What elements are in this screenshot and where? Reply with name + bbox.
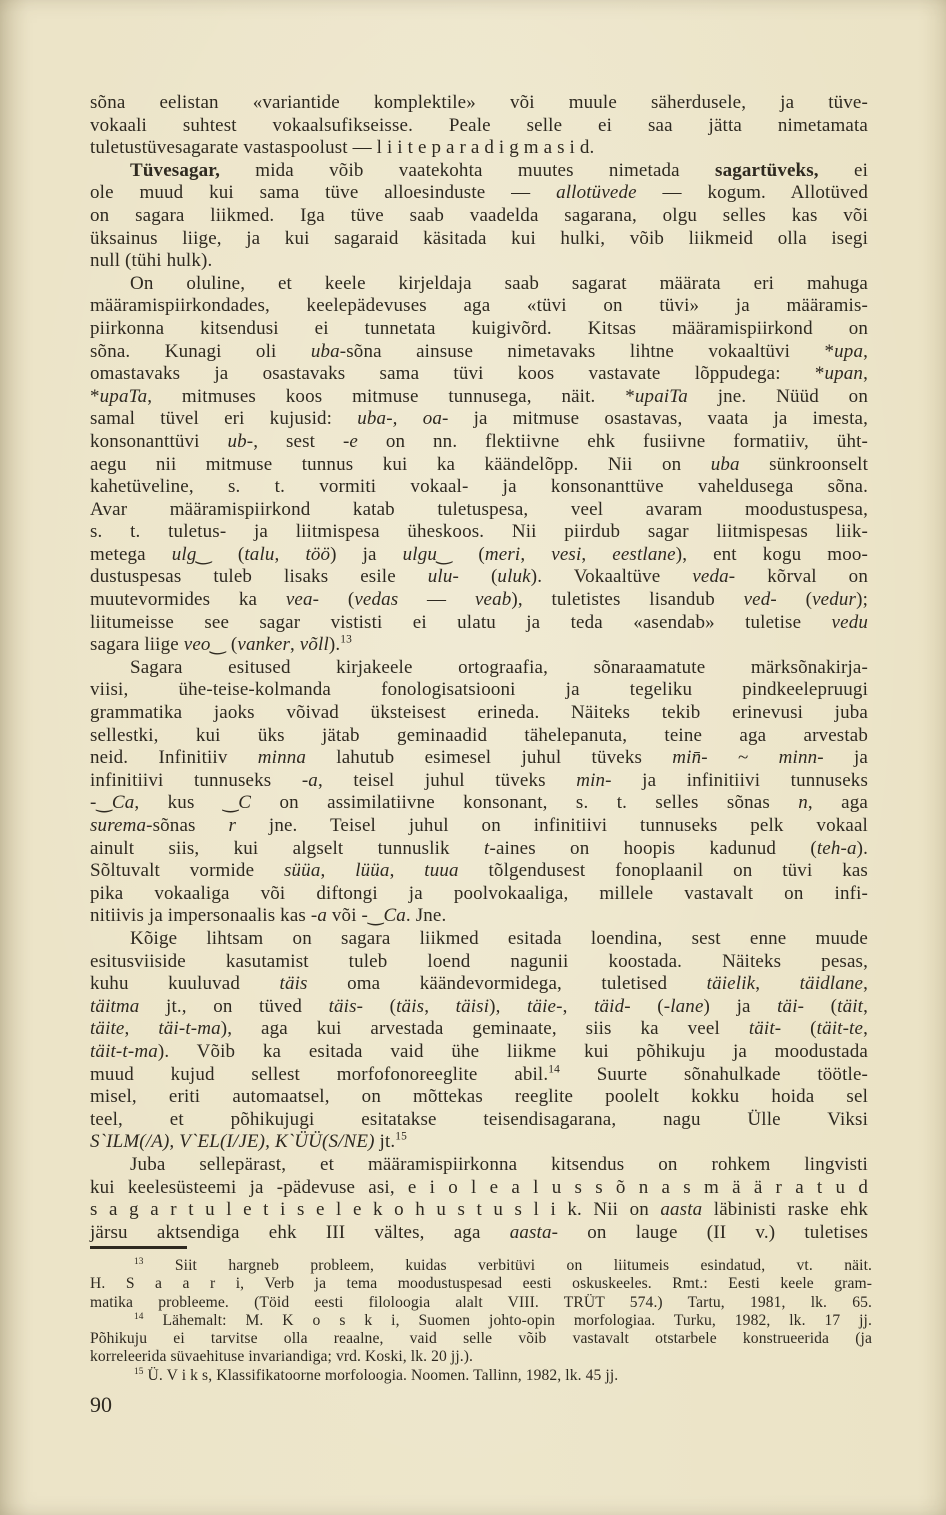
- text-line: s. t. tuletus- ja liitmispesa üheskoos. …: [90, 521, 868, 544]
- footnote-line: 13 Siit hargneb probleem, kuidas verbitü…: [90, 1257, 872, 1275]
- text-line: kuhu kuuluvad täis oma käändevormidega, …: [90, 973, 868, 996]
- footnote-line: 14 Lähemalt: M. K o s k i, Suomen johto-…: [90, 1312, 872, 1330]
- text-line: infinitiivi tunnuseks -a, teisel juhul t…: [90, 770, 868, 793]
- footnote-line: H. S a a r i, Verb ja tema moodustuspesa…: [90, 1275, 872, 1293]
- text-line: Kõige lihtsam on sagara liikmed esitada …: [90, 928, 868, 951]
- page-number: 90: [90, 1392, 112, 1418]
- text-line: täite, täi-t-ma), aga kui arvestada gemi…: [90, 1018, 868, 1041]
- text-line: omastavaks ja osastavaks sama tüvi koos …: [90, 363, 868, 386]
- text-line: *upaTa, mitmuses koos mitmuse tunnusega,…: [90, 386, 868, 409]
- text-line: teel, et põhikujugi esitatakse teisendis…: [90, 1109, 868, 1132]
- text-line: nitiivis ja impersonaalis kas -a või -‿C…: [90, 905, 868, 928]
- text-line: täitma jt., on tüved täis- (täis, täisi)…: [90, 996, 868, 1019]
- text-line: Juba sellepärast, et määramispiirkonna k…: [90, 1154, 868, 1177]
- text-line: liitumeisse see sagar vististi ei ulatu …: [90, 612, 868, 635]
- footnotes: 13 Siit hargneb probleem, kuidas verbitü…: [90, 1257, 872, 1385]
- body-text: sõna eelistan «variantide komplektile» v…: [90, 92, 868, 1244]
- text-line: üksainus liige, ja kui sagaraid käsitada…: [90, 228, 868, 251]
- text-line: muud kujud sellest morfofonoreeglite abi…: [90, 1064, 868, 1087]
- text-line: null (tühi hulk).: [90, 250, 868, 273]
- text-line: täit-t-ma). Võib ka esitada vaid ühe lii…: [90, 1041, 868, 1064]
- footnote-line: Põhikuju ei tarvitse olla reaalne, vaid …: [90, 1330, 872, 1348]
- text-line: esitusviiside kasutamist tuleb loend nag…: [90, 951, 868, 974]
- book-page: sõna eelistan «variantide komplektile» v…: [0, 0, 946, 1515]
- footnote-line: matika probleeme. (Töid eesti filoloogia…: [90, 1294, 872, 1312]
- text-line: neid. Infinitiiv minna lahutub esimesel …: [90, 747, 868, 770]
- text-line: kui keelesüsteemi ja -pädevuse asi, e i …: [90, 1177, 868, 1200]
- footnote-separator: [90, 1246, 187, 1249]
- text-line: muutevormides ka vea- (vedas — veab), tu…: [90, 589, 868, 612]
- text-line: viisi, ühe-teise-kolmanda fonologisatsio…: [90, 679, 868, 702]
- text-line: aegu nii mitmuse tunnus kui ka käändelõp…: [90, 454, 868, 477]
- text-line: misel, eriti automaatsel, on mõttekas re…: [90, 1086, 868, 1109]
- text-line: ainult siis, kui algselt tunnuslik t-ain…: [90, 838, 868, 861]
- text-line: On oluline, et keele kirjeldaja saab sag…: [90, 273, 868, 296]
- text-line: sõna eelistan «variantide komplektile» v…: [90, 92, 868, 115]
- text-line: dustuspesas tuleb lisaks esile ulu- (ulu…: [90, 566, 868, 589]
- text-line: Sõltuvalt vormide süüa, lüüa, tuua tõlge…: [90, 860, 868, 883]
- text-line: s a g a r t u l e t i s e l e k o h u s …: [90, 1199, 868, 1222]
- text-line: tuletustüvesagarate vastaspoolust — l i …: [90, 137, 868, 160]
- text-line: S`ILM(/A), V`EL(I/JE), K`ÜÜ(S/NE) jt.15: [90, 1131, 868, 1154]
- text-line: samal tüvel eri kujusid: uba-, oa- ja mi…: [90, 408, 868, 431]
- text-line: järsu aktsendiga ehk III vältes, aga aas…: [90, 1222, 868, 1245]
- text-line: -‿Ca, kus ‿C on assimilatiivne konsonant…: [90, 792, 868, 815]
- text-line: määramispiirkondades, keelepädevuses aga…: [90, 295, 868, 318]
- text-line: sellestki, kui üks jätab geminaadid tähe…: [90, 725, 868, 748]
- text-line: kahetüveline, s. t. vormiti vokaal- ja k…: [90, 476, 868, 499]
- text-line: surema-sõnas r jne. Teisel juhul on infi…: [90, 815, 868, 838]
- text-line: sagara liige veo‿ (vanker, võll).13: [90, 634, 868, 657]
- text-line: piirkonna kitsendusi ei tunnetata kuigiv…: [90, 318, 868, 341]
- footnote-line: 15 Ü. V i k s, Klassifikatoorne morfoloo…: [90, 1367, 872, 1385]
- text-line: vokaali suhtest vokaalsufikseisse. Peale…: [90, 115, 868, 138]
- text-line: metega ulg‿ (talu, töö) ja ulgu‿ (meri, …: [90, 544, 868, 567]
- text-line: sõna. Kunagi oli uba-sõna ainsuse nimeta…: [90, 341, 868, 364]
- text-line: Tüvesagar, mida võib vaatekohta muutes n…: [90, 160, 868, 183]
- text-line: konsonanttüvi ub-, sest -e on nn. flekti…: [90, 431, 868, 454]
- text-line: pika vokaaliga või diftongi ja poolvokaa…: [90, 883, 868, 906]
- text-line: on sagara liikmed. Iga tüve saab vaadeld…: [90, 205, 868, 228]
- text-line: ole muud kui sama tüve alloesinduste — a…: [90, 182, 868, 205]
- text-line: Sagara esitused kirjakeele ortograafia, …: [90, 657, 868, 680]
- text-line: Avar määramispiirkond katab tuletuspesa,…: [90, 499, 868, 522]
- text-line: grammatika jaoks võivad üksteisest erine…: [90, 702, 868, 725]
- footnote-line: korreleerida süvaehituse invariandiga; v…: [90, 1348, 872, 1366]
